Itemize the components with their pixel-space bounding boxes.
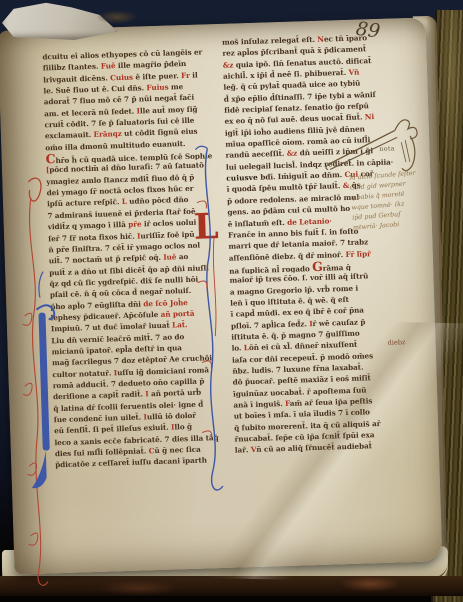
manuscript-photo: 89 dcuitu eī alios ethyopes cō cū langēi… [0,0,463,602]
decorated-initial-L: L [193,210,219,245]
top-edge-stain [96,10,138,24]
side-note-diebus: diebz [387,338,405,347]
margin-note: M attio ſcunde ſeſterG ad gid werpnerq b… [349,167,437,233]
text-column-left: dcuitu eī alios ethyopes cō cū langēis e… [42,46,232,471]
nota-label: nota [379,145,395,152]
book-cover-edge [0,576,463,596]
manuscript-page: 89 dcuitu eī alios ethyopes cō cū langēi… [0,17,442,574]
text-column-right: mos̄ inſulaz relegat̄ eſt. Nec tn̄ īparo… [222,31,427,457]
